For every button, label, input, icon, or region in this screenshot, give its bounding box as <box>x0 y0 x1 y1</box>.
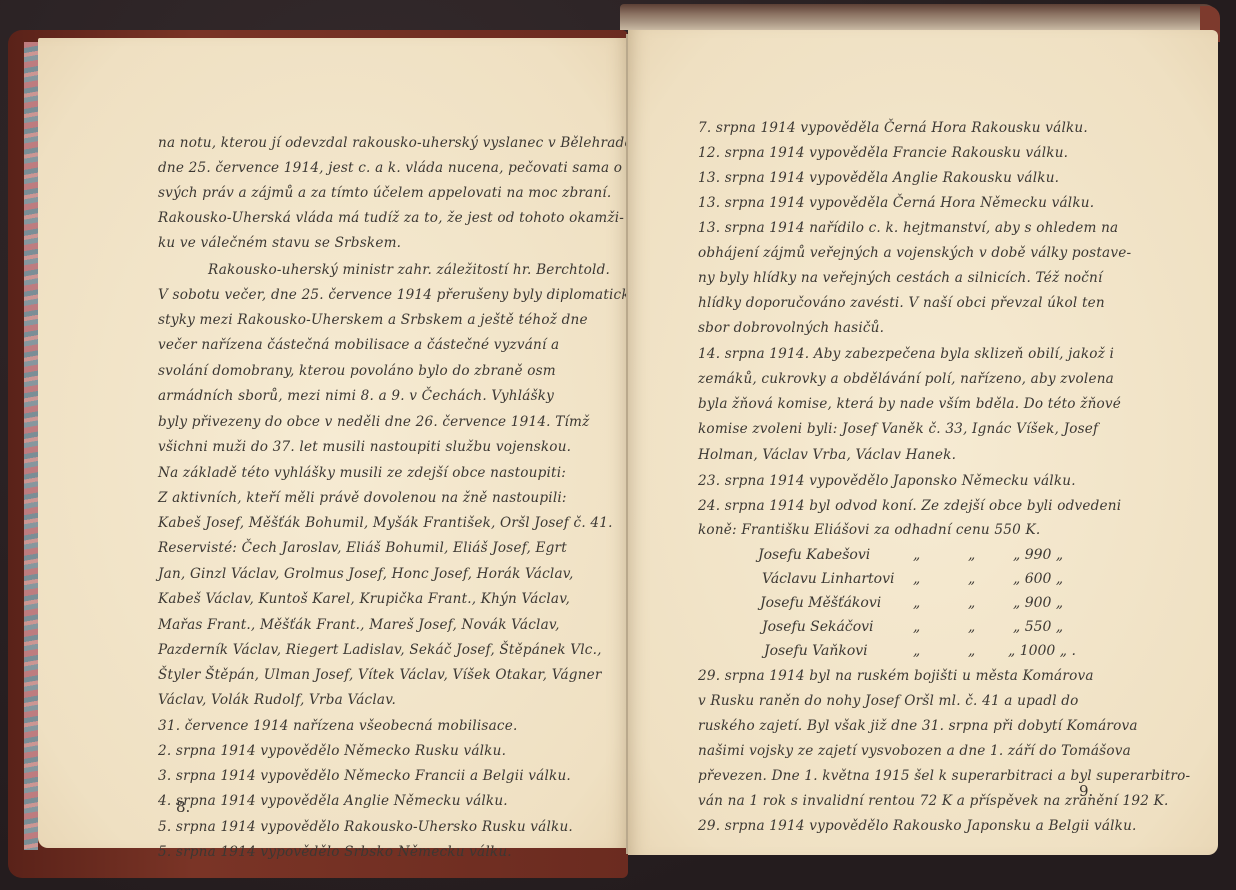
text-line: 31. července 1914 nařízena všeobecná mob… <box>158 718 517 734</box>
ditto-mark: „ <box>968 619 975 635</box>
text-line: ván na 1 rok s invalidní rentou 72 K a p… <box>698 793 1168 809</box>
text-line: obhájení zájmů veřejných a vojenských v … <box>698 245 1131 261</box>
text-line: Z aktivních, kteří měli právě dovolenou … <box>158 490 567 506</box>
amount: „ 600 „ <box>1013 571 1063 587</box>
text-line: armádních sborů, mezi nimi 8. a 9. v Čec… <box>158 388 554 404</box>
owner-name: Josefu Vaňkovi <box>764 643 868 659</box>
page-block-top-edge <box>620 4 1218 30</box>
text-line: Reservisté: Čech Jaroslav, Eliáš Bohumil… <box>158 540 567 556</box>
text-line: svých práv a zájmů a za tímto účelem app… <box>158 185 611 201</box>
text-line: koně: Františku Eliášovi za odhadní cenu… <box>698 522 1040 538</box>
text-line: 5. srpna 1914 vypovědělo Rakousko-Uhersk… <box>158 819 573 835</box>
text-line: 4. srpna 1914 vypověděla Anglie Německu … <box>158 793 508 809</box>
amount: „ 550 „ <box>1013 619 1063 635</box>
text-line: Václav, Volák Rudolf, Vrba Václav. <box>158 692 396 708</box>
text-line: Kabeš Josef, Měšťák Bohumil, Myšák Frant… <box>158 515 613 531</box>
text-line: komise zvoleni byli: Josef Vaněk č. 33, … <box>698 421 1098 437</box>
text-line: 13. srpna 1914 vypověděla Anglie Rakousk… <box>698 170 1059 186</box>
text-line: 12. srpna 1914 vypověděla Francie Rakous… <box>698 145 1068 161</box>
text-line: 7. srpna 1914 vypověděla Černá Hora Rako… <box>698 120 1088 136</box>
text-line: hlídky doporučováno zavésti. V naší obci… <box>698 295 1105 311</box>
text-line: styky mezi Rakousko-Uherskem a Srbskem a… <box>158 312 588 328</box>
text-line: 29. srpna 1914 byl na ruském bojišti u m… <box>698 668 1094 684</box>
text-line: 13. srpna 1914 nařídilo c. k. hejtmanstv… <box>698 220 1118 236</box>
ditto-mark: „ <box>913 595 920 611</box>
text-line: Kabeš Václav, Kuntoš Karel, Krupička Fra… <box>158 591 570 607</box>
text-line: na notu, kterou jí odevzdal rakousko-uhe… <box>158 135 633 151</box>
ditto-mark: „ <box>913 643 920 659</box>
amount: „ 1000 „ . <box>1008 643 1076 659</box>
signature-line: Rakousko-uherský ministr zahr. záležitos… <box>208 262 610 278</box>
text-line: večer nařízena částečná mobilisace a čás… <box>158 337 559 353</box>
text-line: našimi vojsky ze zajetí vysvobozen a dne… <box>698 743 1131 759</box>
left-page: na notu, kterou jí odevzdal rakousko-uhe… <box>38 38 628 848</box>
text-line: Rakousko-Uherská vláda má tudíž za to, ž… <box>158 210 624 226</box>
text-line: všichni muži do 37. let musili nastoupit… <box>158 439 571 455</box>
horse-requisition-row: Josefu Měšťákovi „ „ „ 900 „ <box>760 595 1120 617</box>
ditto-mark: „ <box>913 619 920 635</box>
owner-name: Josefu Sekáčovi <box>762 619 874 635</box>
text-line: převezen. Dne 1. května 1915 šel k super… <box>698 768 1190 784</box>
text-line: sbor dobrovolných hasičů. <box>698 320 884 336</box>
text-line: Štyler Štěpán, Ulman Josef, Vítek Václav… <box>158 667 602 683</box>
ditto-mark: „ <box>968 547 975 563</box>
ditto-mark: „ <box>913 571 920 587</box>
text-line: ku ve válečném stavu se Srbskem. <box>158 235 401 251</box>
text-line: dne 25. července 1914, jest c. a k. vlád… <box>158 160 685 176</box>
page-number: 9. <box>1079 782 1093 800</box>
text-line: 23. srpna 1914 vypovědělo Japonsko Němec… <box>698 473 1076 489</box>
text-line: byla žňová komise, která by nade vším bd… <box>698 396 1121 412</box>
text-line: Holman, Václav Vrba, Václav Hanek. <box>698 447 956 463</box>
text-line: V sobotu večer, dne 25. července 1914 př… <box>158 287 638 303</box>
marbled-endpaper-edge <box>24 42 38 850</box>
text-line: v Rusku raněn do nohy Josef Oršl ml. č. … <box>698 693 1079 709</box>
text-line: ny byly hlídky na veřejných cestách a si… <box>698 270 1103 286</box>
horse-requisition-row: Václavu Linhartovi „ „ „ 600 „ <box>762 571 1122 593</box>
owner-name: Josefu Měšťákovi <box>760 595 881 611</box>
text-line: 13. srpna 1914 vypověděla Černá Hora Něm… <box>698 195 1094 211</box>
text-line: svolání domobrany, kterou povoláno bylo … <box>158 363 556 379</box>
owner-name: Václavu Linhartovi <box>762 571 895 587</box>
ditto-mark: „ <box>968 571 975 587</box>
page-number: 8. <box>176 798 190 816</box>
text-line: byly přivezeny do obce v neděli dne 26. … <box>158 414 589 430</box>
text-line: Pazderník Václav, Riegert Ladislav, Seká… <box>158 642 602 658</box>
text-line: 3. srpna 1914 vypovědělo Německo Francii… <box>158 768 571 784</box>
text-line: 14. srpna 1914. Aby zabezpečena byla skl… <box>698 346 1114 362</box>
amount: „ 900 „ <box>1013 595 1063 611</box>
text-line: Jan, Ginzl Václav, Grolmus Josef, Honc J… <box>158 566 574 582</box>
horse-requisition-row: Josefu Sekáčovi „ „ „ 550 „ <box>762 619 1122 641</box>
horse-requisition-row: Josefu Vaňkovi „ „ „ 1000 „ . <box>764 643 1144 665</box>
ditto-mark: „ <box>968 595 975 611</box>
amount: „ 990 „ <box>1013 547 1063 563</box>
text-line: 29. srpna 1914 vypovědělo Rakousko Japon… <box>698 818 1137 834</box>
text-line: 5. srpna 1914 vypovědělo Srbsko Německu … <box>158 844 512 860</box>
text-line: ruského zajetí. Byl však již dne 31. srp… <box>698 718 1138 734</box>
right-page: 7. srpna 1914 vypověděla Černá Hora Rako… <box>628 30 1218 855</box>
owner-name: Josefu Kabešovi <box>758 547 870 563</box>
text-line: Na základě této vyhlášky musili ze zdejš… <box>158 465 566 481</box>
text-line: Mařas Frant., Měšťák Frant., Mareš Josef… <box>158 617 560 633</box>
ditto-mark: „ <box>968 643 975 659</box>
ditto-mark: „ <box>913 547 920 563</box>
text-line: 24. srpna 1914 byl odvod koní. Ze zdejší… <box>698 498 1121 514</box>
text-line: 2. srpna 1914 vypovědělo Německo Rusku v… <box>158 743 506 759</box>
text-line: zemáků, cukrovky a obdělávání polí, naří… <box>698 371 1114 387</box>
horse-requisition-row: Josefu Kabešovi „ „ „ 990 „ <box>758 547 1118 569</box>
